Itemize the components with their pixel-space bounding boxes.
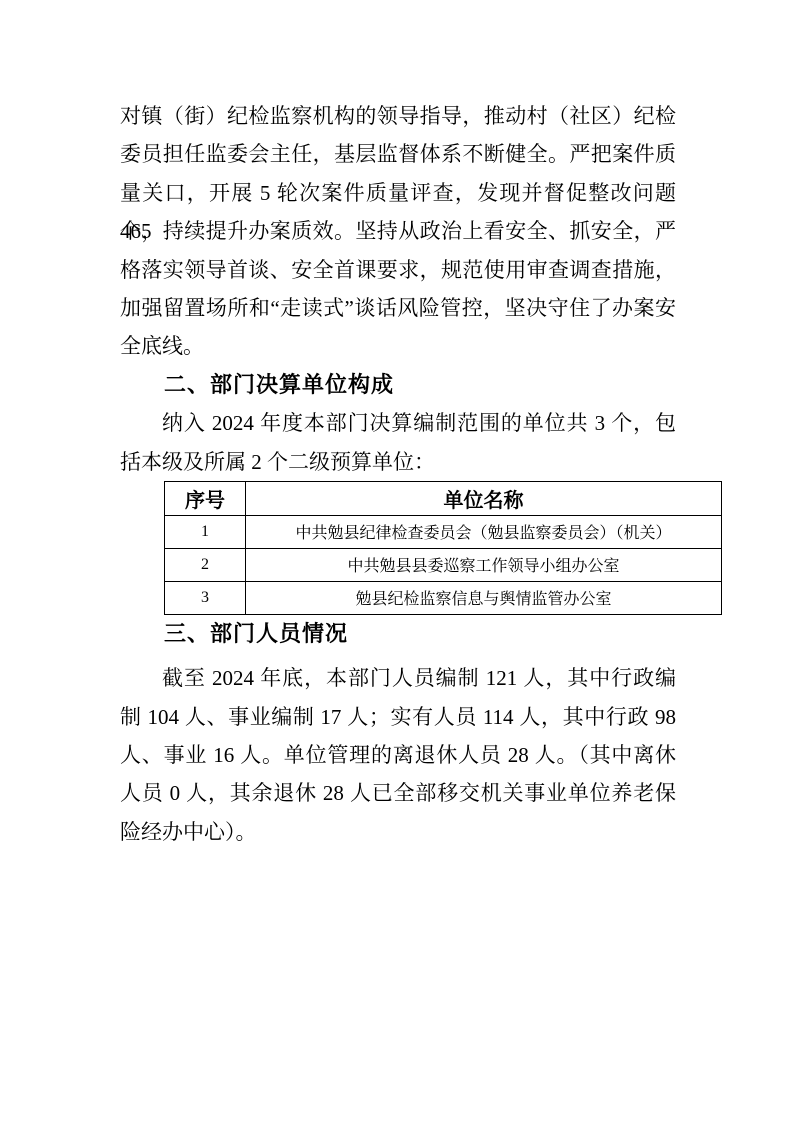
section-heading-budget-unit-composition: 二、部门决算单位构成 xyxy=(120,366,676,404)
text-line: 纳入 2024 年度本部门决算编制范围的单位共 3 个，包 xyxy=(120,404,676,442)
paragraph-section2-intro: 纳入 2024 年度本部门决算编制范围的单位共 3 个，包 括本级及所属 2 个… xyxy=(120,404,676,481)
table-cell-index: 1 xyxy=(165,515,246,548)
text-line: 加强留置场所和“走读式”谈话风险管控，坚决守住了办案安 xyxy=(120,289,676,327)
table-cell-index: 2 xyxy=(165,548,246,581)
table-row: 2 中共勉县县委巡察工作领导小组办公室 xyxy=(165,548,722,581)
text-line: 个，持续提升办案质效。坚持从政治上看安全、抓安全，严 xyxy=(120,212,676,250)
table-cell-unit-name: 勉县纪检监察信息与舆情监管办公室 xyxy=(246,581,722,614)
text-line: 人、事业 16 人。单位管理的离退休人员 28 人。（其中离休 xyxy=(120,736,676,774)
col-header-unit-name: 单位名称 xyxy=(246,481,722,515)
budget-units-table-wrapper: 序号 单位名称 1 中共勉县纪律检查委员会（勉县监察委员会）（机关） 2 中共勉… xyxy=(164,481,676,615)
section-heading-personnel-situation: 三、部门人员情况 xyxy=(120,615,676,653)
paragraph-continuation: 对镇（街）纪检监察机构的领导指导，推动村（社区）纪检 委员担任监委会主任，基层监… xyxy=(120,97,676,366)
paragraph-section3-body: 截至 2024 年底，本部门人员编制 121 人，其中行政编 制 104 人、事… xyxy=(120,659,676,851)
text-line: 括本级及所属 2 个二级预算单位： xyxy=(120,443,676,481)
page-content: 对镇（街）纪检监察机构的领导指导，推动村（社区）纪检 委员担任监委会主任，基层监… xyxy=(120,97,676,851)
table-cell-unit-name: 中共勉县纪律检查委员会（勉县监察委员会）（机关） xyxy=(246,515,722,548)
table-row: 1 中共勉县纪律检查委员会（勉县监察委员会）（机关） xyxy=(165,515,722,548)
text-line: 委员担任监委会主任，基层监督体系不断健全。严把案件质 xyxy=(120,135,676,173)
table-header-row: 序号 单位名称 xyxy=(165,481,722,515)
table-row: 3 勉县纪检监察信息与舆情监管办公室 xyxy=(165,581,722,614)
table-cell-index: 3 xyxy=(165,581,246,614)
text-line: 制 104 人、事业编制 17 人；实有人员 114 人，其中行政 98 xyxy=(120,698,676,736)
text-line: 人员 0 人，其余退休 28 人已全部移交机关事业单位养老保 xyxy=(120,774,676,812)
budget-units-table: 序号 单位名称 1 中共勉县纪律检查委员会（勉县监察委员会）（机关） 2 中共勉… xyxy=(164,481,722,615)
document-page: 对镇（街）纪检监察机构的领导指导，推动村（社区）纪检 委员担任监委会主任，基层监… xyxy=(0,0,793,1122)
table-cell-unit-name: 中共勉县县委巡察工作领导小组办公室 xyxy=(246,548,722,581)
text-line: 格落实领导首谈、安全首课要求，规范使用审查调查措施， xyxy=(120,251,676,289)
text-line: 全底线。 xyxy=(120,327,676,365)
text-line: 截至 2024 年底，本部门人员编制 121 人，其中行政编 xyxy=(120,659,676,697)
text-line: 对镇（街）纪检监察机构的领导指导，推动村（社区）纪检 xyxy=(120,97,676,135)
col-header-index: 序号 xyxy=(165,481,246,515)
text-line: 险经办中心）。 xyxy=(120,813,676,851)
text-line: 量关口，开展 5 轮次案件质量评查，发现并督促整改问题 465 xyxy=(120,174,676,212)
